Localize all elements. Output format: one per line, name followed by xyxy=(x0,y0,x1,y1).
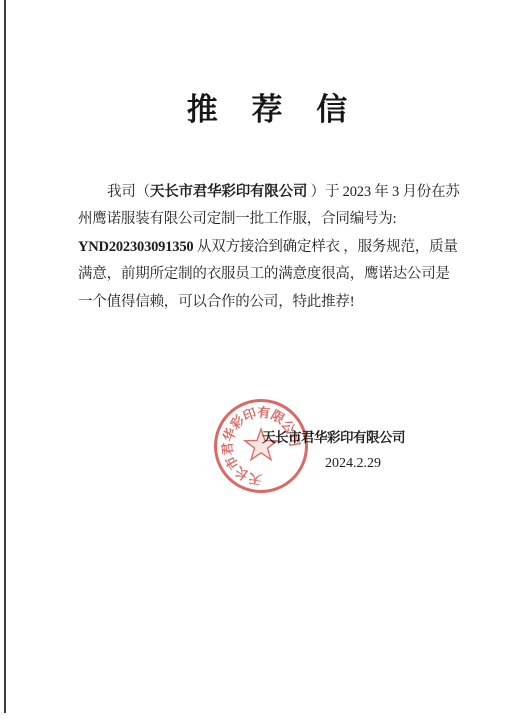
seal-ring-char: 华 xyxy=(220,426,239,443)
seal-ring-char: 君 xyxy=(220,442,236,456)
body-line: 我司（天长市君华彩印有限公司 ）于 2023 年 3 月份在苏 xyxy=(78,179,439,206)
company-seal-stamp: 天长市君华彩印有限公司 xyxy=(206,391,316,501)
seal-ring-char: 有 xyxy=(257,405,271,421)
body-text-run: YND202303091350 xyxy=(78,239,193,255)
signature-company-name: 天长市君华彩印有限公司 xyxy=(262,426,405,446)
body-text-run: 州鹰诺服装有限公司定制一批工作服，合同编号为: xyxy=(78,211,396,227)
seal-ring-char: 印 xyxy=(241,405,258,424)
body-line: 州鹰诺服装有限公司定制一批工作服，合同编号为: xyxy=(78,206,439,233)
signature-date: 2024.2.29 xyxy=(325,456,381,472)
seal-ring-char: 彩 xyxy=(227,412,247,432)
body-line: 一个值得信赖，可以合作的公司，特此推荐! xyxy=(78,289,439,316)
letter-title: 推 荐 信 xyxy=(0,84,509,129)
seal-ring-circle xyxy=(216,401,307,492)
body-text-run: 从双方接洽到确定样衣 ，服务规范，质量 xyxy=(193,239,457,255)
seal-graphic: 天长市君华彩印有限公司 xyxy=(206,391,316,501)
body-text-run: 一个值得信赖，可以合作的公司，特此推荐! xyxy=(78,294,354,310)
body-text-run: 我司（ xyxy=(107,184,150,200)
body-text-run: 满意，前期所定制的衣服员工的满意度很高，鹰诺达公司是 xyxy=(78,266,450,282)
body-line: 满意，前期所定制的衣服员工的满意度很高，鹰诺达公司是 xyxy=(78,261,439,288)
seal-ring-char: 天 xyxy=(247,470,262,487)
seal-ring-char: 长 xyxy=(232,464,251,484)
body-line: YND202303091350 从双方接洽到确定样衣 ，服务规范，质量 xyxy=(78,234,439,261)
body-text-run: 天长市君华彩印有限公司 xyxy=(150,184,307,200)
seal-ring-char: 限 xyxy=(268,407,287,426)
body-text-run: ）于 2023 年 3 月份在苏 xyxy=(307,184,459,200)
seal-ring-char: 市 xyxy=(222,453,241,472)
letter-body: 我司（天长市君华彩印有限公司 ）于 2023 年 3 月份在苏州鹰诺服装有限公司… xyxy=(78,179,439,316)
letter-document-page: 推 荐 信 我司（天长市君华彩印有限公司 ）于 2023 年 3 月份在苏州鹰诺… xyxy=(0,0,509,720)
